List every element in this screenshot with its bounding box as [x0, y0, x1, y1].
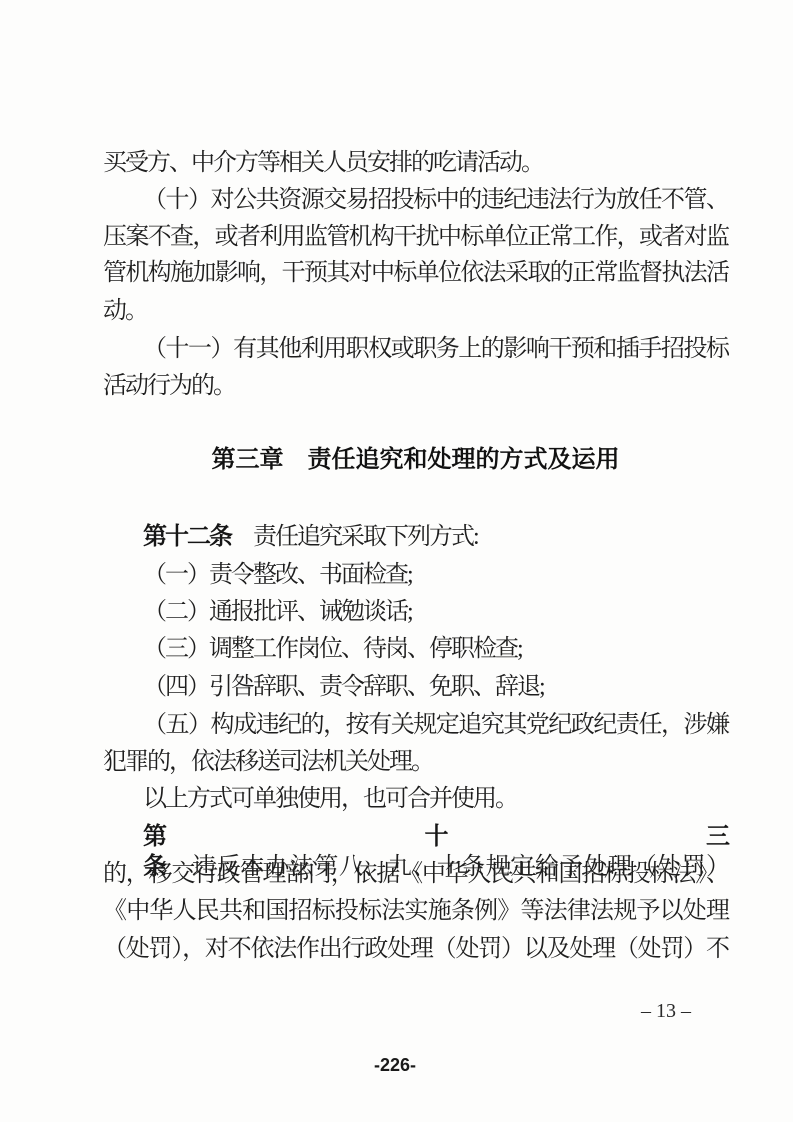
chapter-heading: 第三章 责任追究和处理的方式及运用 — [103, 445, 728, 475]
text-line: 活动行为的。 — [103, 371, 728, 401]
article-line: 第十二条 责任追究采取下列方式: — [103, 522, 728, 552]
text-line: （一）责令整改、书面检查; — [103, 560, 728, 590]
page-number-margin: – 13 – — [606, 1000, 726, 1023]
document-page: 买受方、中介方等相关人员安排的吃请活动。（十）对公共资源交易招投标中的违纪违法行… — [0, 0, 793, 1122]
text-line: 动。 — [103, 296, 728, 326]
text-line: 犯罪的，依法移送司法机关处理。 — [103, 747, 728, 777]
article-number: 第十二条 — [143, 523, 231, 550]
text-line: 《中华人民共和国招标投标法实施条例》等法律法规予以处理 — [103, 896, 728, 926]
text-line: （处罚），对不依法作出行政处理（处罚）以及处理（处罚）不 — [103, 934, 728, 964]
text-line: （三）调整工作岗位、待岗、停职检查; — [103, 634, 728, 664]
text-line: （四）引咎辞职、责令辞职、免职、辞退; — [103, 672, 728, 702]
text-line: （十）对公共资源交易招投标中的违纪违法行为放任不管、 — [103, 185, 728, 215]
text-line: 压案不查，或者利用监管机构干扰中标单位正常工作，或者对监 — [103, 222, 728, 252]
text-line: 买受方、中介方等相关人员安排的吃请活动。 — [103, 148, 728, 178]
text-line: （五）构成违纪的，按有关规定追究其党纪政纪责任，涉嫌 — [103, 710, 728, 740]
text-line: 管机构施加影响，干预其对中标单位依法采取的正常监督执法活 — [103, 258, 728, 288]
text-line: 以上方式可单独使用，也可合并使用。 — [103, 784, 728, 814]
page-number-footer: -226- — [335, 1055, 455, 1076]
text-line: （十一）有其他利用职权或职务上的影响干预和插手招投标 — [103, 334, 728, 364]
text-line: （二）通报批评、诫勉谈话; — [103, 597, 728, 627]
text-line: 的，移交行政管理部门，依据《中华人民共和国招标投标法》、 — [103, 859, 728, 889]
